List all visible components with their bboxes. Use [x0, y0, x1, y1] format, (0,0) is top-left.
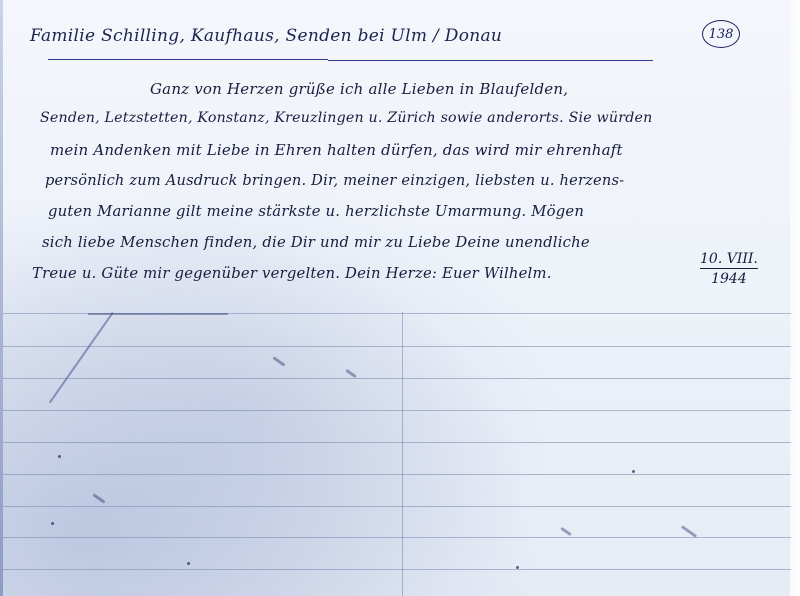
ruled-line	[3, 442, 791, 443]
ruled-line	[3, 506, 791, 507]
letter-body-line-5: guten Marianne gilt meine stärkste u. he…	[48, 203, 584, 220]
ink-smudge	[560, 527, 572, 536]
ruled-line	[3, 537, 791, 538]
ruled-line	[3, 346, 791, 347]
letter-body-line-4: persönlich zum Ausdruck bringen. Dir, me…	[45, 172, 624, 189]
letter-header-title: Familie Schilling, Kaufhaus, Senden bei …	[30, 26, 750, 46]
letter-page: Familie Schilling, Kaufhaus, Senden bei …	[0, 0, 800, 596]
ruled-line	[3, 474, 791, 475]
ruled-line	[3, 378, 791, 379]
letter-body-line-2: Senden, Letzstetten, Konstanz, Kreuzling…	[40, 110, 652, 126]
ruled-line	[3, 569, 791, 570]
paper-fold-crease	[402, 312, 403, 596]
paper-fold-diagonal	[49, 312, 114, 403]
date-year: 1944	[700, 268, 758, 288]
ink-speck	[58, 455, 61, 458]
ink-smudge	[92, 493, 105, 503]
letter-body-line-7: Treue u. Güte mir gegenüber vergelten. D…	[32, 265, 552, 282]
letter-date: 10. VIII. 1944	[700, 250, 758, 288]
ink-smudge	[681, 525, 697, 538]
letter-body-line-1: Ganz von Herzen grüße ich alle Lieben in…	[150, 80, 568, 98]
ink-speck	[51, 522, 54, 525]
page-number-badge: 138	[702, 20, 740, 48]
ink-speck	[187, 562, 190, 565]
ink-smudge	[345, 369, 357, 378]
ink-smudge	[272, 356, 285, 366]
ink-speck	[632, 470, 635, 473]
ink-speck	[516, 566, 519, 569]
letter-body-line-3: mein Andenken mit Liebe in Ehren halten …	[50, 141, 623, 159]
header-underline-2	[328, 60, 653, 61]
date-day-month: 10. VIII.	[700, 250, 758, 268]
paper-right-edge	[790, 0, 800, 596]
letter-body-line-6: sich liebe Menschen finden, die Dir und …	[42, 234, 590, 251]
header-underline	[48, 59, 328, 60]
paper-fold-horizontal-mark	[88, 313, 228, 315]
ruled-line	[3, 410, 791, 411]
